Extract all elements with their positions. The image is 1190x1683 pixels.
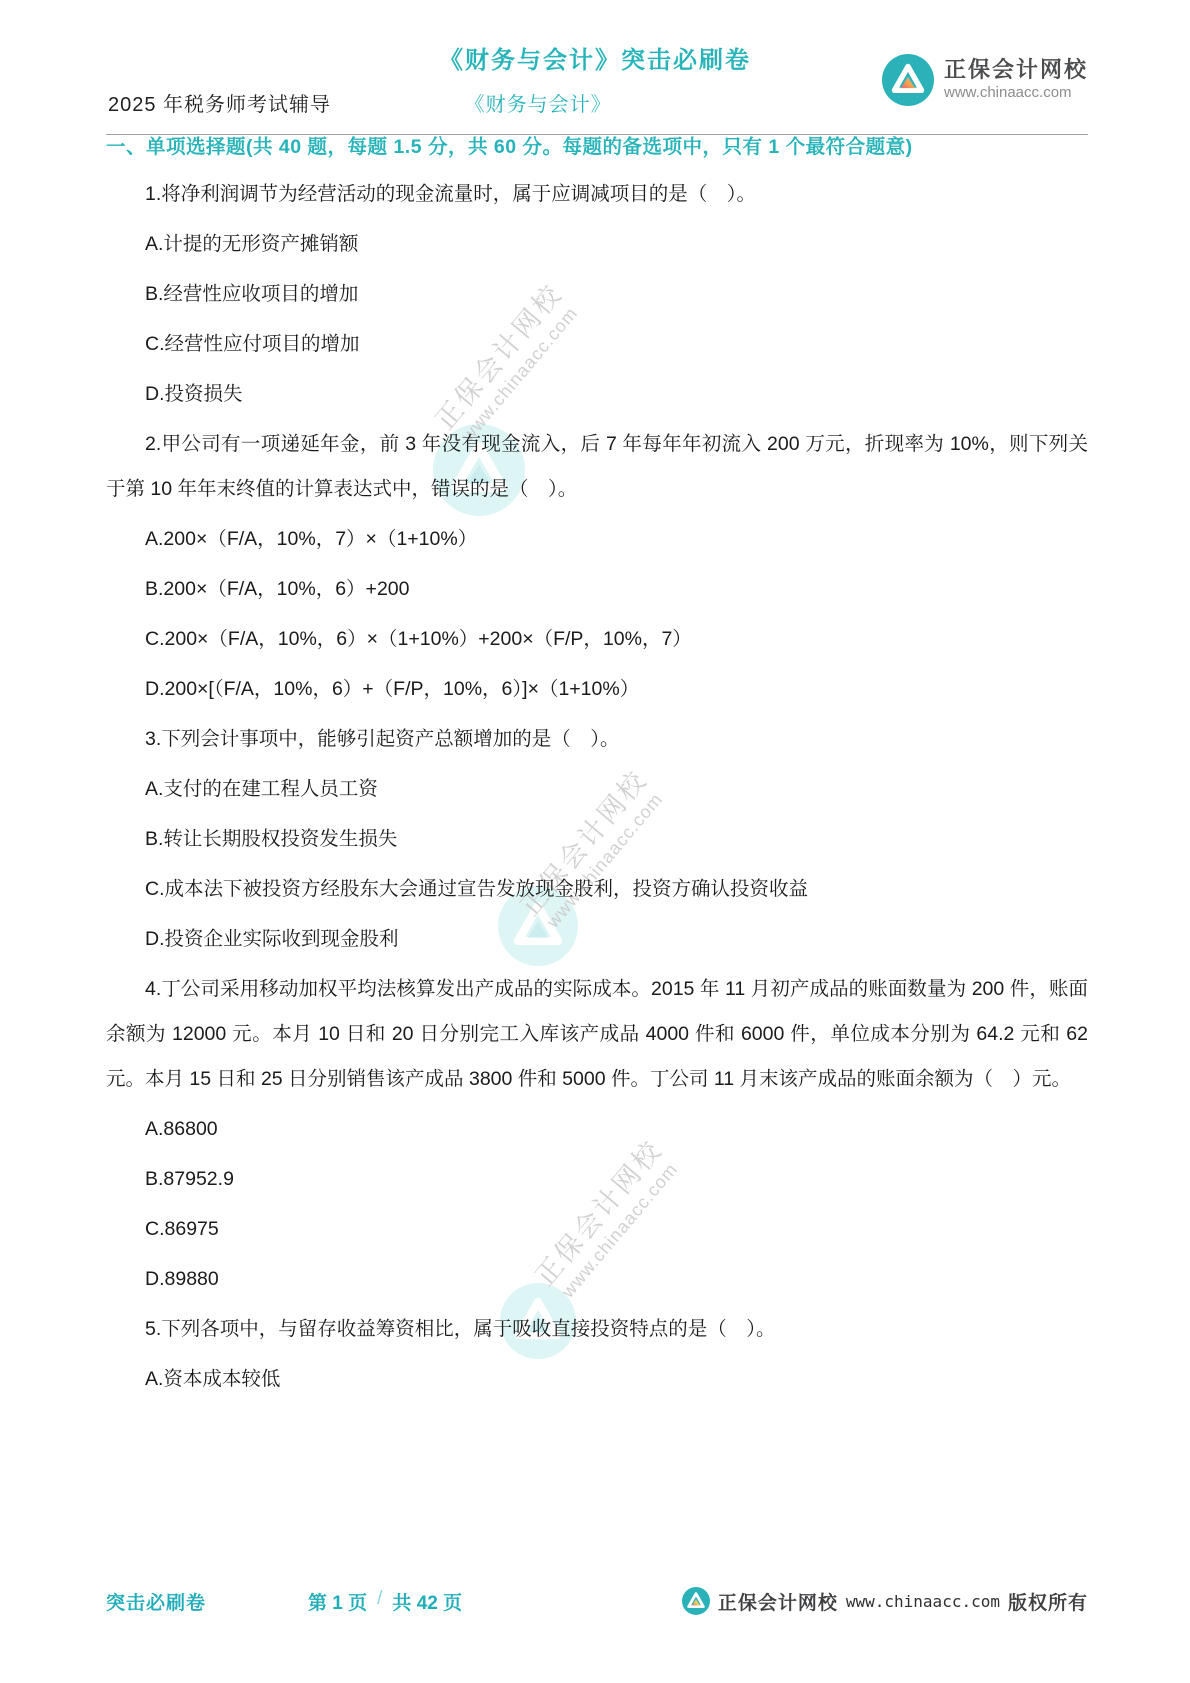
question-3-option-c: C.成本法下被投资方经股东大会通过宣告发放现金股利，投资方确认投资收益 bbox=[106, 867, 1088, 912]
header-course-label: 2025 年税务师考试辅导 bbox=[108, 88, 331, 117]
question-1-option-c: C.经营性应付项目的增加 bbox=[106, 322, 1088, 367]
footer-copyright-block: 正保会计网校 www.chinaacc.com 版权所有 bbox=[682, 1587, 1088, 1615]
footer-doc-label: 突击必刷卷 bbox=[106, 1588, 206, 1615]
page-total: 共 42 页 bbox=[392, 1588, 462, 1615]
brand-url: www.chinaacc.com bbox=[944, 85, 1088, 102]
question-4-option-d: D.89880 bbox=[106, 1257, 1088, 1302]
footer-brand-name: 正保会计网校 bbox=[718, 1588, 838, 1615]
question-2-option-c: C.200×（F/A，10%，6）×（1+10%）+200×（F/P，10%，7… bbox=[106, 617, 1088, 662]
question-1-option-d: D.投资损失 bbox=[106, 372, 1088, 417]
question-4-option-a: A.86800 bbox=[106, 1107, 1088, 1152]
footer-copyright-text: 版权所有 bbox=[1008, 1588, 1088, 1615]
page-footer: 突击必刷卷 第 1 页 / 共 42 页 正保会计网校 www.chinaacc… bbox=[106, 1584, 1088, 1618]
question-3-option-d: D.投资企业实际收到现金股利 bbox=[106, 917, 1088, 962]
question-4-option-b: B.87952.9 bbox=[106, 1157, 1088, 1202]
section-heading: 一、单项选择题(共 40 题，每题 1.5 分，共 60 分。每题的备选项中，只… bbox=[106, 131, 1088, 159]
question-4-stem: 4.丁公司采用移动加权平均法核算发出产成品的实际成本。2015 年 11 月初产… bbox=[106, 967, 1088, 1102]
question-4-option-c: C.86975 bbox=[106, 1207, 1088, 1252]
question-1-option-a: A.计提的无形资产摊销额 bbox=[106, 222, 1088, 267]
brand-logo-icon bbox=[882, 54, 934, 106]
question-list: 1.将净利润调节为经营活动的现金流量时，属于应调减项目的是（ ）。A.计提的无形… bbox=[106, 172, 1088, 1402]
question-5-option-a: A.资本成本较低 bbox=[106, 1357, 1088, 1402]
question-2-option-a: A.200×（F/A，10%，7）×（1+10%） bbox=[106, 517, 1088, 562]
question-2-option-d: D.200×[（F/A，10%，6）+（F/P，10%，6）]×（1+10%） bbox=[106, 667, 1088, 712]
brand-logo: 正保会计网校 www.chinaacc.com bbox=[882, 54, 1088, 106]
question-5-stem: 5.下列各项中，与留存收益筹资相比，属于吸收直接投资特点的是（ ）。 bbox=[106, 1307, 1088, 1352]
question-2-option-b: B.200×（F/A，10%，6）+200 bbox=[106, 567, 1088, 612]
question-3-option-b: B.转让长期股权投资发生损失 bbox=[106, 817, 1088, 862]
question-1-option-b: B.经营性应收项目的增加 bbox=[106, 272, 1088, 317]
brand-text: 正保会计网校 www.chinaacc.com bbox=[944, 58, 1088, 102]
page-indicator: 第 1 页 / 共 42 页 bbox=[308, 1588, 462, 1615]
brand-name: 正保会计网校 bbox=[944, 58, 1088, 82]
question-3-stem: 3.下列会计事项中，能够引起资产总额增加的是（ ）。 bbox=[106, 717, 1088, 762]
question-1-stem: 1.将净利润调节为经营活动的现金流量时，属于应调减项目的是（ ）。 bbox=[106, 172, 1088, 217]
page-header: 2025 年税务师考试辅导 《财务与会计》 正保会计网校 www.chinaac… bbox=[106, 0, 1088, 135]
question-3-option-a: A.支付的在建工程人员工资 bbox=[106, 767, 1088, 812]
question-2-stem: 2.甲公司有一项递延年金，前 3 年没有现金流入，后 7 年每年年初流入 200… bbox=[106, 422, 1088, 512]
footer-logo-icon bbox=[682, 1587, 710, 1615]
footer-brand-url: www.chinaacc.com bbox=[846, 1592, 1000, 1611]
page-separator: / bbox=[377, 1588, 382, 1615]
page-current: 第 1 页 bbox=[308, 1588, 367, 1615]
header-subject-label: 《财务与会计》 bbox=[465, 88, 612, 117]
